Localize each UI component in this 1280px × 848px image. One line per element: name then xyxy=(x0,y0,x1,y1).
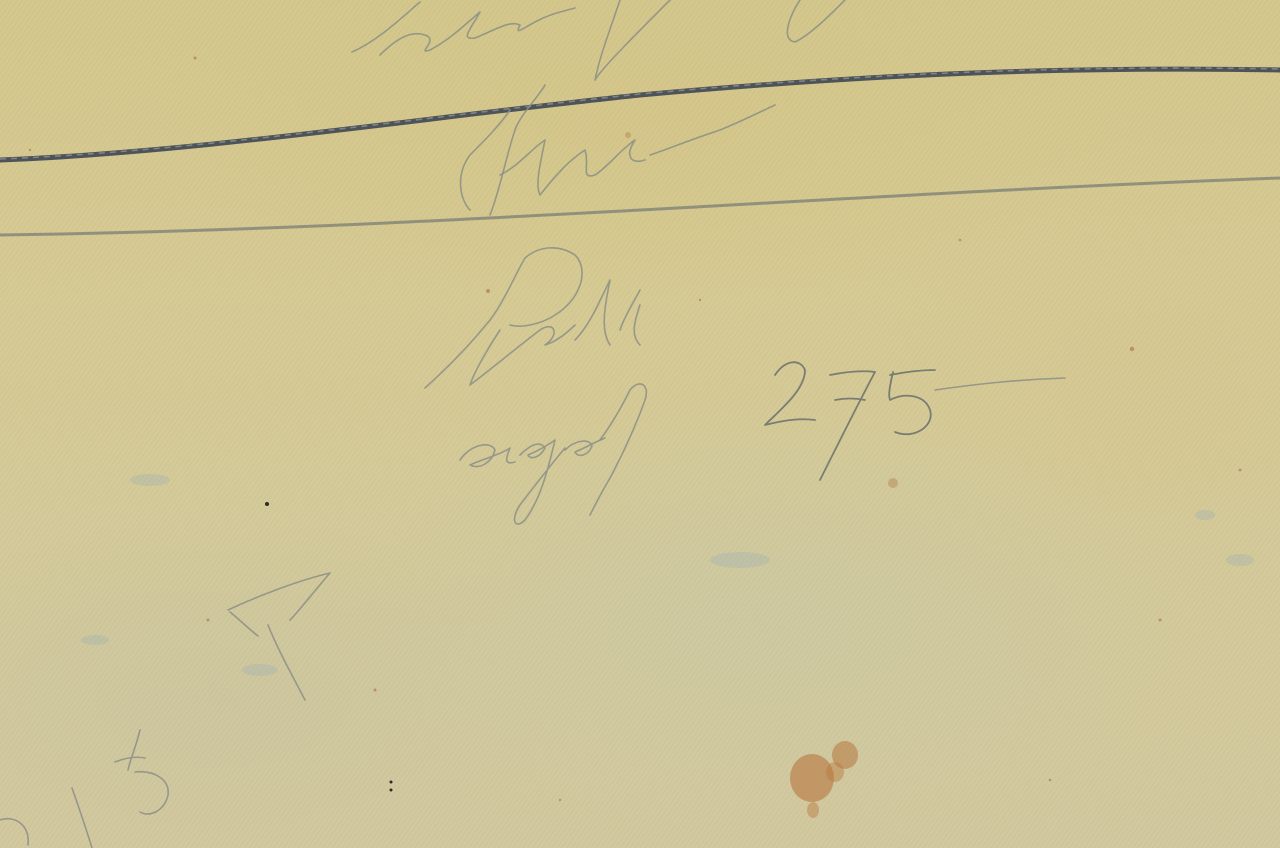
inscription-corner-marks xyxy=(0,573,330,848)
canvas-back: ...adan... Ahuf Bali arga f 275— 213 7 h… xyxy=(0,0,1280,848)
blue-smudges xyxy=(81,474,1254,676)
inscription-signature xyxy=(461,85,775,215)
inscription-price xyxy=(460,362,1065,524)
hanging-wire[interactable] xyxy=(0,68,1280,160)
scene-drawing xyxy=(0,0,1280,848)
speckles xyxy=(29,57,1242,802)
inscription-top-partial xyxy=(352,0,845,80)
inscription-location xyxy=(425,248,640,388)
dark-dots xyxy=(265,502,393,792)
pencil-guide-line xyxy=(0,178,1280,235)
rust-stain xyxy=(790,741,858,818)
